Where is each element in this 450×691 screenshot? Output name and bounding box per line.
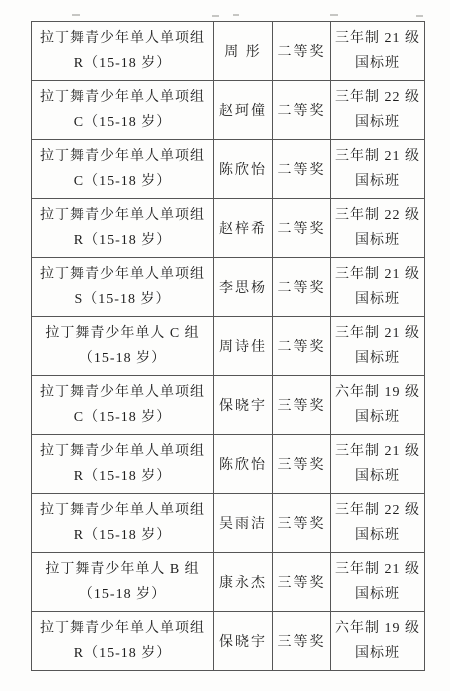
category-line-1: 拉丁舞青少年单人 C 组 <box>32 321 213 346</box>
category-line-1: 拉丁舞青少年单人单项组 <box>32 85 213 110</box>
class-line-2: 国标班 <box>331 346 424 371</box>
award-level-cell: 三等奖 <box>273 435 331 494</box>
table-row: 拉丁舞青少年单人单项组 R（15-18 岁） 保晓宇 三等奖 六年制 19 级 … <box>32 612 425 671</box>
award-level-cell: 三等奖 <box>273 553 331 612</box>
competitor-name-cell: 保晓宇 <box>214 376 273 435</box>
class-line-1: 三年制 21 级 <box>331 144 424 169</box>
award-level-cell: 二等奖 <box>273 81 331 140</box>
table-row: 拉丁舞青少年单人单项组 C（15-18 岁） 赵珂僮 二等奖 三年制 22 级 … <box>32 81 425 140</box>
category-cell: 拉丁舞青少年单人 B 组 （15-18 岁） <box>32 553 214 612</box>
table-row: 拉丁舞青少年单人单项组 C（15-18 岁） 保晓宇 三等奖 六年制 19 级 … <box>32 376 425 435</box>
class-line-1: 三年制 22 级 <box>331 85 424 110</box>
category-line-2: R（15-18 岁） <box>32 523 213 548</box>
class-line-2: 国标班 <box>331 464 424 489</box>
competitor-name-cell: 周诗佳 <box>214 317 273 376</box>
class-cell: 三年制 22 级 国标班 <box>331 199 425 258</box>
competitor-name-cell: 保晓宇 <box>214 612 273 671</box>
scan-artifact <box>233 14 239 16</box>
award-level-cell: 三等奖 <box>273 376 331 435</box>
class-line-2: 国标班 <box>331 582 424 607</box>
table-row: 拉丁舞青少年单人单项组 R（15-18 岁） 吴雨洁 三等奖 三年制 22 级 … <box>32 494 425 553</box>
category-cell: 拉丁舞青少年单人单项组 R（15-18 岁） <box>32 494 214 553</box>
category-line-1: 拉丁舞青少年单人 B 组 <box>32 557 213 582</box>
category-line-1: 拉丁舞青少年单人单项组 <box>32 616 213 641</box>
category-line-2: R（15-18 岁） <box>32 464 213 489</box>
table-row: 拉丁舞青少年单人单项组 R（15-18 岁） 陈欣怡 三等奖 三年制 21 级 … <box>32 435 425 494</box>
competitor-name-cell: 赵珂僮 <box>214 81 273 140</box>
competitor-name-cell: 李思杨 <box>214 258 273 317</box>
class-cell: 三年制 21 级 国标班 <box>331 553 425 612</box>
table-row: 拉丁舞青少年单人 C 组 （15-18 岁） 周诗佳 二等奖 三年制 21 级 … <box>32 317 425 376</box>
category-line-1: 拉丁舞青少年单人单项组 <box>32 144 213 169</box>
category-line-1: 拉丁舞青少年单人单项组 <box>32 380 213 405</box>
class-line-1: 三年制 21 级 <box>331 26 424 51</box>
category-cell: 拉丁舞青少年单人单项组 C（15-18 岁） <box>32 140 214 199</box>
competitor-name-cell: 周 彤 <box>214 22 273 81</box>
class-cell: 三年制 21 级 国标班 <box>331 22 425 81</box>
class-line-1: 六年制 19 级 <box>331 380 424 405</box>
table-row: 拉丁舞青少年单人单项组 R（15-18 岁） 周 彤 二等奖 三年制 21 级 … <box>32 22 425 81</box>
awards-table-body: 拉丁舞青少年单人单项组 R（15-18 岁） 周 彤 二等奖 三年制 21 级 … <box>32 22 425 671</box>
class-line-1: 三年制 22 级 <box>331 203 424 228</box>
awards-table: 拉丁舞青少年单人单项组 R（15-18 岁） 周 彤 二等奖 三年制 21 级 … <box>31 21 425 671</box>
scan-artifact <box>212 15 219 17</box>
category-cell: 拉丁舞青少年单人单项组 R（15-18 岁） <box>32 435 214 494</box>
category-line-2: （15-18 岁） <box>32 346 213 371</box>
scanned-document-page: 拉丁舞青少年单人单项组 R（15-18 岁） 周 彤 二等奖 三年制 21 级 … <box>0 0 450 691</box>
class-cell: 三年制 21 级 国标班 <box>331 317 425 376</box>
category-line-2: C（15-18 岁） <box>32 169 213 194</box>
category-cell: 拉丁舞青少年单人单项组 C（15-18 岁） <box>32 376 214 435</box>
category-cell: 拉丁舞青少年单人单项组 R（15-18 岁） <box>32 199 214 258</box>
class-line-2: 国标班 <box>331 287 424 312</box>
class-cell: 六年制 19 级 国标班 <box>331 376 425 435</box>
award-level-cell: 二等奖 <box>273 199 331 258</box>
competitor-name-cell: 陈欣怡 <box>214 140 273 199</box>
table-row: 拉丁舞青少年单人单项组 C（15-18 岁） 陈欣怡 二等奖 三年制 21 级 … <box>32 140 425 199</box>
class-line-2: 国标班 <box>331 405 424 430</box>
category-line-2: C（15-18 岁） <box>32 110 213 135</box>
category-line-2: R（15-18 岁） <box>32 641 213 666</box>
scan-artifact <box>416 15 423 17</box>
class-line-2: 国标班 <box>331 523 424 548</box>
category-cell: 拉丁舞青少年单人单项组 R（15-18 岁） <box>32 612 214 671</box>
category-line-2: C（15-18 岁） <box>32 405 213 430</box>
class-line-2: 国标班 <box>331 228 424 253</box>
category-cell: 拉丁舞青少年单人单项组 C（15-18 岁） <box>32 81 214 140</box>
category-line-2: R（15-18 岁） <box>32 51 213 76</box>
table-row: 拉丁舞青少年单人 B 组 （15-18 岁） 康永杰 三等奖 三年制 21 级 … <box>32 553 425 612</box>
class-cell: 三年制 21 级 国标班 <box>331 140 425 199</box>
competitor-name-cell: 陈欣怡 <box>214 435 273 494</box>
class-cell: 三年制 21 级 国标班 <box>331 435 425 494</box>
class-line-2: 国标班 <box>331 110 424 135</box>
competitor-name-cell: 康永杰 <box>214 553 273 612</box>
category-line-1: 拉丁舞青少年单人单项组 <box>32 498 213 523</box>
class-line-1: 三年制 21 级 <box>331 262 424 287</box>
category-cell: 拉丁舞青少年单人单项组 R（15-18 岁） <box>32 22 214 81</box>
class-cell: 三年制 21 级 国标班 <box>331 258 425 317</box>
competitor-name-cell: 吴雨洁 <box>214 494 273 553</box>
class-line-1: 三年制 21 级 <box>331 439 424 464</box>
class-line-2: 国标班 <box>331 641 424 666</box>
table-row: 拉丁舞青少年单人单项组 S（15-18 岁） 李思杨 二等奖 三年制 21 级 … <box>32 258 425 317</box>
category-cell: 拉丁舞青少年单人单项组 S（15-18 岁） <box>32 258 214 317</box>
category-line-1: 拉丁舞青少年单人单项组 <box>32 203 213 228</box>
category-line-2: R（15-18 岁） <box>32 228 213 253</box>
award-level-cell: 二等奖 <box>273 140 331 199</box>
table-row: 拉丁舞青少年单人单项组 R（15-18 岁） 赵梓希 二等奖 三年制 22 级 … <box>32 199 425 258</box>
category-line-2: （15-18 岁） <box>32 582 213 607</box>
category-cell: 拉丁舞青少年单人 C 组 （15-18 岁） <box>32 317 214 376</box>
award-level-cell: 二等奖 <box>273 258 331 317</box>
class-line-1: 三年制 21 级 <box>331 321 424 346</box>
category-line-1: 拉丁舞青少年单人单项组 <box>32 262 213 287</box>
class-line-1: 三年制 21 级 <box>331 557 424 582</box>
award-level-cell: 二等奖 <box>273 317 331 376</box>
class-line-2: 国标班 <box>331 169 424 194</box>
category-line-2: S（15-18 岁） <box>32 287 213 312</box>
category-line-1: 拉丁舞青少年单人单项组 <box>32 439 213 464</box>
class-line-1: 六年制 19 级 <box>331 616 424 641</box>
scan-artifact <box>72 14 80 16</box>
class-cell: 三年制 22 级 国标班 <box>331 81 425 140</box>
award-level-cell: 三等奖 <box>273 494 331 553</box>
class-line-2: 国标班 <box>331 51 424 76</box>
class-cell: 六年制 19 级 国标班 <box>331 612 425 671</box>
scan-artifact <box>330 14 338 16</box>
award-level-cell: 二等奖 <box>273 22 331 81</box>
class-line-1: 三年制 22 级 <box>331 498 424 523</box>
category-line-1: 拉丁舞青少年单人单项组 <box>32 26 213 51</box>
class-cell: 三年制 22 级 国标班 <box>331 494 425 553</box>
competitor-name-cell: 赵梓希 <box>214 199 273 258</box>
award-level-cell: 三等奖 <box>273 612 331 671</box>
